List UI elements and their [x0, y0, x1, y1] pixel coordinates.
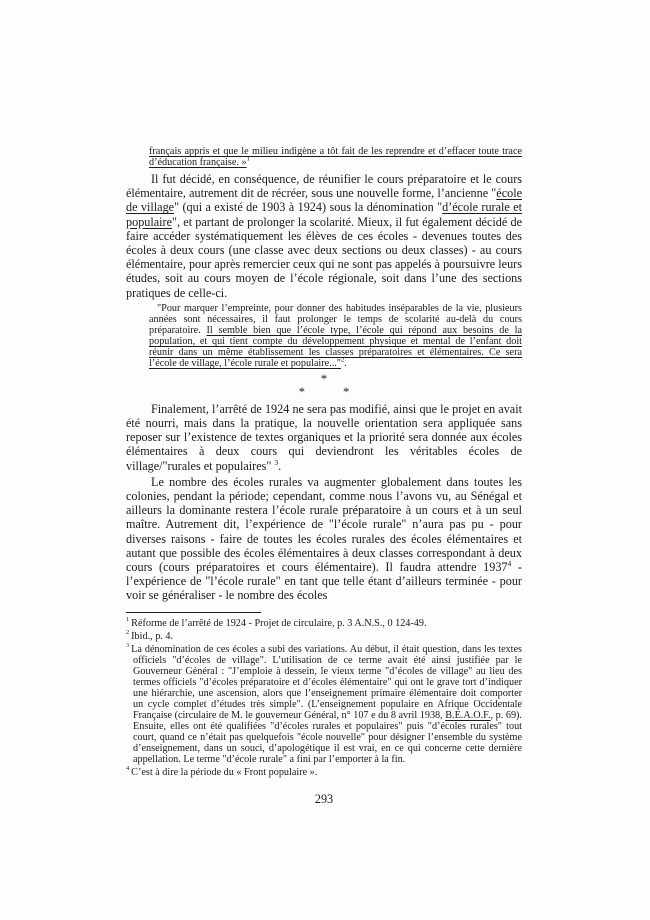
text-run: Le nombre des écoles rurales va augmente… [126, 475, 522, 574]
footnote-number: 3 [126, 642, 129, 649]
asterisk-divider: * ** [126, 373, 522, 399]
asterisk-bottom-row: ** [126, 386, 522, 399]
paragraph-nombre-ecoles: Le nombre des écoles rurales va augmente… [126, 475, 522, 603]
footnote-text: C’est à dire la période du « Front popul… [131, 767, 317, 778]
footnote-number: 4 [126, 765, 129, 772]
text-run: Finalement, l’arrêté de 1924 ne sera pas… [126, 402, 522, 473]
text-run: Il fut décidé, en conséquence, de réunif… [126, 172, 522, 200]
footnote: 4C’est à dire la période du « Front popu… [126, 767, 522, 778]
text-run: . [278, 459, 281, 473]
carried-over-quote: français appris et que le milieu indigèn… [149, 146, 522, 168]
text-run: . [344, 358, 347, 369]
text-column: français appris et que le milieu indigèn… [126, 146, 522, 807]
paragraph-reunification: Il fut décidé, en conséquence, de réunif… [126, 172, 522, 300]
block-quote: "Pour marquer l’empreinte, pour donner d… [149, 303, 522, 369]
text-run: " (qui a existé de 1903 à 1924) sous la … [174, 200, 442, 214]
footnote-text: Ibid., p. 4. [131, 631, 173, 642]
footnote: 3La dénomination de ces écoles a subi de… [126, 644, 522, 765]
footnote: 1Réforme de l’arrêté de 1924 - Projet de… [126, 618, 522, 629]
footnotes: 1Réforme de l’arrêté de 1924 - Projet de… [126, 618, 522, 778]
paragraph-finalement: Finalement, l’arrêté de 1924 ne sera pas… [126, 402, 522, 473]
footnote-text: La dénomination de ces écoles a subi des… [131, 644, 522, 765]
text-run: Réforme de l’arrêté de 1924 - Projet de … [131, 618, 426, 629]
text-run: ", et partant de prolonger la scolarité.… [126, 215, 522, 300]
footnote-number: 2 [126, 629, 129, 636]
footnote: 2Ibid., p. 4. [126, 631, 522, 642]
book-page: français appris et que le milieu indigèn… [0, 0, 650, 920]
text-run: C’est à dire la période du « Front popul… [131, 767, 317, 778]
underlined-text: B.E.A.O.F. [445, 710, 490, 721]
footnote-text: Réforme de l’arrêté de 1924 - Projet de … [131, 618, 426, 629]
asterisk-right: * [343, 385, 349, 399]
page-number: 293 [126, 792, 522, 807]
text-run: Ibid., p. 4. [131, 631, 173, 642]
asterisk-left: * [299, 385, 305, 399]
footnote-ref: 1 [247, 156, 250, 163]
footnote-number: 1 [126, 616, 129, 623]
asterisk-top: * [126, 373, 522, 386]
underlined-text: français appris et que le milieu indigèn… [149, 146, 522, 168]
footnote-separator [126, 612, 261, 613]
